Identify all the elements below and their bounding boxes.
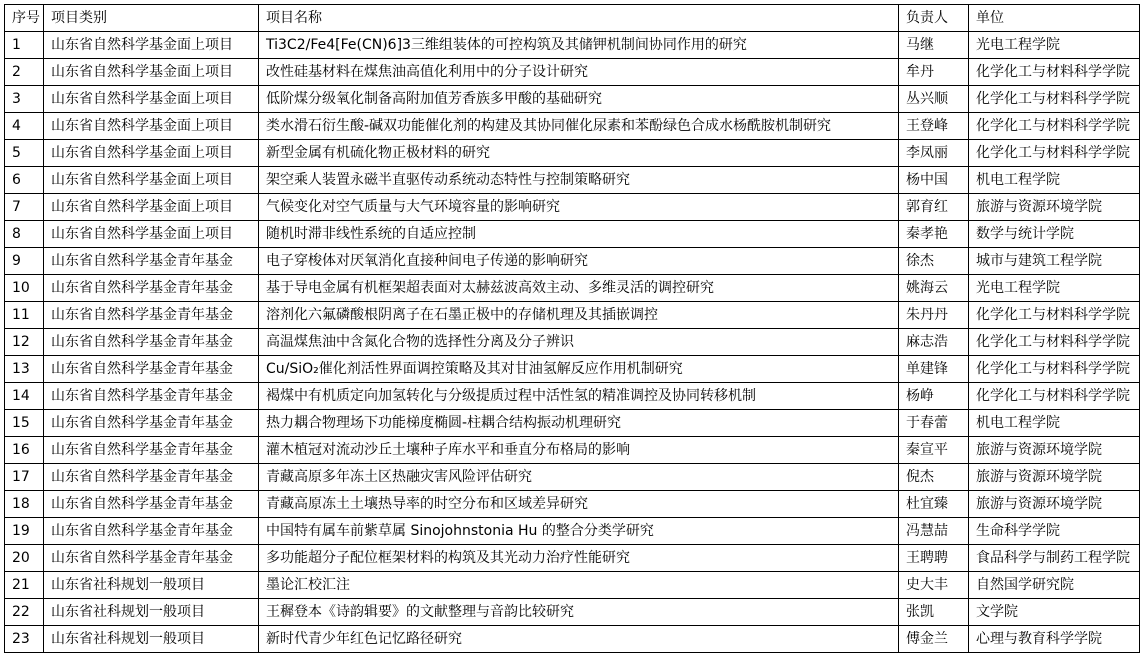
cell-unit: 化学化工与材料科学学院 bbox=[969, 113, 1140, 140]
table-row: 14山东省自然科学基金青年基金褐煤中有机质定向加氢转化与分级提质过程中活性氢的精… bbox=[5, 383, 1140, 410]
cell-leader: 倪杰 bbox=[899, 464, 969, 491]
cell-unit: 化学化工与材料科学学院 bbox=[969, 356, 1140, 383]
cell-index: 7 bbox=[5, 194, 44, 221]
cell-leader: 郭育红 bbox=[899, 194, 969, 221]
cell-unit: 化学化工与材料科学学院 bbox=[969, 86, 1140, 113]
cell-title: 青藏高原多年冻土区热融灾害风险评估研究 bbox=[259, 464, 899, 491]
table-row: 16山东省自然科学基金青年基金灌木植冠对流动沙丘土壤种子库水平和垂直分布格局的影… bbox=[5, 437, 1140, 464]
cell-leader: 秦宣平 bbox=[899, 437, 969, 464]
cell-leader: 于春蕾 bbox=[899, 410, 969, 437]
cell-unit: 自然国学研究院 bbox=[969, 572, 1140, 599]
cell-category: 山东省自然科学基金面上项目 bbox=[44, 140, 259, 167]
column-header-leader: 负责人 bbox=[899, 5, 969, 32]
cell-index: 5 bbox=[5, 140, 44, 167]
cell-unit: 城市与建筑工程学院 bbox=[969, 248, 1140, 275]
cell-index: 9 bbox=[5, 248, 44, 275]
cell-category: 山东省自然科学基金青年基金 bbox=[44, 410, 259, 437]
cell-leader: 杜宜臻 bbox=[899, 491, 969, 518]
cell-title: 高温煤焦油中含氮化合物的选择性分离及分子辨识 bbox=[259, 329, 899, 356]
cell-category: 山东省自然科学基金面上项目 bbox=[44, 194, 259, 221]
table-row: 6山东省自然科学基金面上项目架空乘人装置永磁半直驱传动系统动态特性与控制策略研究… bbox=[5, 167, 1140, 194]
column-header-category: 项目类别 bbox=[44, 5, 259, 32]
cell-index: 22 bbox=[5, 599, 44, 626]
header-row: 序号项目类别项目名称负责人单位 bbox=[5, 5, 1140, 32]
cell-unit: 化学化工与材料科学学院 bbox=[969, 302, 1140, 329]
table-row: 7山东省自然科学基金面上项目气候变化对空气质量与大气环境容量的影响研究郭育红旅游… bbox=[5, 194, 1140, 221]
cell-unit: 旅游与资源环境学院 bbox=[969, 464, 1140, 491]
cell-unit: 旅游与资源环境学院 bbox=[969, 194, 1140, 221]
cell-category: 山东省自然科学基金青年基金 bbox=[44, 329, 259, 356]
cell-leader: 丛兴顺 bbox=[899, 86, 969, 113]
table-row: 9山东省自然科学基金青年基金电子穿梭体对厌氧消化直接种间电子传递的影响研究徐杰城… bbox=[5, 248, 1140, 275]
cell-index: 21 bbox=[5, 572, 44, 599]
cell-title: 热力耦合物理场下功能梯度椭圆-柱耦合结构振动机理研究 bbox=[259, 410, 899, 437]
cell-index: 10 bbox=[5, 275, 44, 302]
cell-title: 溶剂化六氟磷酸根阴离子在石墨正极中的存储机理及其插嵌调控 bbox=[259, 302, 899, 329]
table-row: 5山东省自然科学基金面上项目新型金属有机硫化物正极材料的研究李凤丽化学化工与材料… bbox=[5, 140, 1140, 167]
cell-index: 18 bbox=[5, 491, 44, 518]
cell-title: 青藏高原冻土土壤热导率的时空分布和区域差异研究 bbox=[259, 491, 899, 518]
cell-category: 山东省自然科学基金青年基金 bbox=[44, 464, 259, 491]
cell-category: 山东省自然科学基金面上项目 bbox=[44, 59, 259, 86]
table-row: 23山东省社科规划一般项目新时代青少年红色记忆路径研究傅金兰心理与教育科学学院 bbox=[5, 626, 1140, 653]
cell-category: 山东省自然科学基金青年基金 bbox=[44, 545, 259, 572]
cell-leader: 冯慧喆 bbox=[899, 518, 969, 545]
cell-category: 山东省自然科学基金青年基金 bbox=[44, 491, 259, 518]
cell-unit: 机电工程学院 bbox=[969, 410, 1140, 437]
cell-title: 改性硅基材料在煤焦油高值化利用中的分子设计研究 bbox=[259, 59, 899, 86]
cell-category: 山东省自然科学基金青年基金 bbox=[44, 518, 259, 545]
cell-index: 12 bbox=[5, 329, 44, 356]
cell-title: 新时代青少年红色记忆路径研究 bbox=[259, 626, 899, 653]
cell-category: 山东省自然科学基金青年基金 bbox=[44, 356, 259, 383]
cell-category: 山东省自然科学基金面上项目 bbox=[44, 113, 259, 140]
cell-leader: 牟丹 bbox=[899, 59, 969, 86]
cell-title: 多功能超分子配位框架材料的构筑及其光动力治疗性能研究 bbox=[259, 545, 899, 572]
cell-category: 山东省自然科学基金面上项目 bbox=[44, 167, 259, 194]
cell-leader: 王登峰 bbox=[899, 113, 969, 140]
cell-category: 山东省社科规划一般项目 bbox=[44, 599, 259, 626]
cell-title: 低阶煤分级氧化制备高附加值芳香族多甲酸的基础研究 bbox=[259, 86, 899, 113]
cell-unit: 机电工程学院 bbox=[969, 167, 1140, 194]
cell-leader: 杨峥 bbox=[899, 383, 969, 410]
cell-category: 山东省社科规划一般项目 bbox=[44, 572, 259, 599]
cell-title: 新型金属有机硫化物正极材料的研究 bbox=[259, 140, 899, 167]
table-row: 17山东省自然科学基金青年基金青藏高原多年冻土区热融灾害风险评估研究倪杰旅游与资… bbox=[5, 464, 1140, 491]
table-row: 12山东省自然科学基金青年基金高温煤焦油中含氮化合物的选择性分离及分子辨识麻志浩… bbox=[5, 329, 1140, 356]
cell-unit: 心理与教育科学学院 bbox=[969, 626, 1140, 653]
cell-index: 3 bbox=[5, 86, 44, 113]
table-row: 15山东省自然科学基金青年基金热力耦合物理场下功能梯度椭圆-柱耦合结构振动机理研… bbox=[5, 410, 1140, 437]
table-row: 8山东省自然科学基金面上项目随机时滞非线性系统的自适应控制秦孝艳数学与统计学院 bbox=[5, 221, 1140, 248]
cell-index: 11 bbox=[5, 302, 44, 329]
cell-unit: 化学化工与材料科学学院 bbox=[969, 383, 1140, 410]
cell-title: 褐煤中有机质定向加氢转化与分级提质过程中活性氢的精准调控及协同转移机制 bbox=[259, 383, 899, 410]
cell-leader: 傅金兰 bbox=[899, 626, 969, 653]
cell-title: 墨论汇校汇注 bbox=[259, 572, 899, 599]
cell-title: 灌木植冠对流动沙丘土壤种子库水平和垂直分布格局的影响 bbox=[259, 437, 899, 464]
cell-title: 随机时滞非线性系统的自适应控制 bbox=[259, 221, 899, 248]
cell-unit: 光电工程学院 bbox=[969, 275, 1140, 302]
cell-title: Ti3C2/Fe4[Fe(CN)6]3三维组装体的可控构筑及其储钾机制间协同作用… bbox=[259, 32, 899, 59]
cell-title: 架空乘人装置永磁半直驱传动系统动态特性与控制策略研究 bbox=[259, 167, 899, 194]
cell-category: 山东省社科规划一般项目 bbox=[44, 626, 259, 653]
table-row: 2山东省自然科学基金面上项目改性硅基材料在煤焦油高值化利用中的分子设计研究牟丹化… bbox=[5, 59, 1140, 86]
cell-leader: 姚海云 bbox=[899, 275, 969, 302]
cell-index: 23 bbox=[5, 626, 44, 653]
cell-unit: 化学化工与材料科学学院 bbox=[969, 140, 1140, 167]
table-row: 1山东省自然科学基金面上项目Ti3C2/Fe4[Fe(CN)6]3三维组装体的可… bbox=[5, 32, 1140, 59]
cell-category: 山东省自然科学基金青年基金 bbox=[44, 275, 259, 302]
cell-index: 6 bbox=[5, 167, 44, 194]
cell-leader: 徐杰 bbox=[899, 248, 969, 275]
cell-unit: 化学化工与材料科学学院 bbox=[969, 59, 1140, 86]
cell-title: 基于导电金属有机框架超表面对太赫兹波高效主动、多维灵活的调控研究 bbox=[259, 275, 899, 302]
cell-category: 山东省自然科学基金青年基金 bbox=[44, 437, 259, 464]
cell-index: 14 bbox=[5, 383, 44, 410]
column-header-unit: 单位 bbox=[969, 5, 1140, 32]
cell-category: 山东省自然科学基金青年基金 bbox=[44, 302, 259, 329]
table-row: 3山东省自然科学基金面上项目低阶煤分级氧化制备高附加值芳香族多甲酸的基础研究丛兴… bbox=[5, 86, 1140, 113]
cell-index: 15 bbox=[5, 410, 44, 437]
table-body: 1山东省自然科学基金面上项目Ti3C2/Fe4[Fe(CN)6]3三维组装体的可… bbox=[5, 32, 1140, 653]
cell-category: 山东省自然科学基金青年基金 bbox=[44, 383, 259, 410]
cell-leader: 杨中国 bbox=[899, 167, 969, 194]
table-row: 4山东省自然科学基金面上项目类水滑石衍生酸-碱双功能催化剂的构建及其协同催化尿素… bbox=[5, 113, 1140, 140]
cell-unit: 生命科学学院 bbox=[969, 518, 1140, 545]
cell-leader: 马继 bbox=[899, 32, 969, 59]
cell-unit: 数学与统计学院 bbox=[969, 221, 1140, 248]
cell-index: 1 bbox=[5, 32, 44, 59]
table-row: 13山东省自然科学基金青年基金Cu/SiO₂催化剂活性界面调控策略及其对甘油氢解… bbox=[5, 356, 1140, 383]
table-row: 19山东省自然科学基金青年基金中国特有属车前紫草属 Sinojohnstonia… bbox=[5, 518, 1140, 545]
column-header-title: 项目名称 bbox=[259, 5, 899, 32]
cell-title: 王穉登本《诗韵辑要》的文献整理与音韵比较研究 bbox=[259, 599, 899, 626]
cell-unit: 食品科学与制药工程学院 bbox=[969, 545, 1140, 572]
cell-title: 气候变化对空气质量与大气环境容量的影响研究 bbox=[259, 194, 899, 221]
cell-leader: 秦孝艳 bbox=[899, 221, 969, 248]
cell-title: 电子穿梭体对厌氧消化直接种间电子传递的影响研究 bbox=[259, 248, 899, 275]
cell-title: Cu/SiO₂催化剂活性界面调控策略及其对甘油氢解反应作用机制研究 bbox=[259, 356, 899, 383]
table-row: 20山东省自然科学基金青年基金多功能超分子配位框架材料的构筑及其光动力治疗性能研… bbox=[5, 545, 1140, 572]
column-header-index: 序号 bbox=[5, 5, 44, 32]
cell-unit: 旅游与资源环境学院 bbox=[969, 437, 1140, 464]
cell-index: 19 bbox=[5, 518, 44, 545]
cell-category: 山东省自然科学基金青年基金 bbox=[44, 248, 259, 275]
cell-index: 17 bbox=[5, 464, 44, 491]
cell-leader: 麻志浩 bbox=[899, 329, 969, 356]
cell-leader: 史大丰 bbox=[899, 572, 969, 599]
cell-index: 2 bbox=[5, 59, 44, 86]
cell-unit: 化学化工与材料科学学院 bbox=[969, 329, 1140, 356]
cell-index: 13 bbox=[5, 356, 44, 383]
cell-unit: 文学院 bbox=[969, 599, 1140, 626]
cell-leader: 单建锋 bbox=[899, 356, 969, 383]
cell-index: 8 bbox=[5, 221, 44, 248]
cell-leader: 张凯 bbox=[899, 599, 969, 626]
table-row: 18山东省自然科学基金青年基金青藏高原冻土土壤热导率的时空分布和区域差异研究杜宜… bbox=[5, 491, 1140, 518]
cell-unit: 光电工程学院 bbox=[969, 32, 1140, 59]
table-row: 11山东省自然科学基金青年基金溶剂化六氟磷酸根阴离子在石墨正极中的存储机理及其插… bbox=[5, 302, 1140, 329]
cell-index: 16 bbox=[5, 437, 44, 464]
cell-unit: 旅游与资源环境学院 bbox=[969, 491, 1140, 518]
cell-category: 山东省自然科学基金面上项目 bbox=[44, 86, 259, 113]
cell-leader: 王聘聘 bbox=[899, 545, 969, 572]
cell-category: 山东省自然科学基金面上项目 bbox=[44, 221, 259, 248]
cell-leader: 李凤丽 bbox=[899, 140, 969, 167]
cell-title: 类水滑石衍生酸-碱双功能催化剂的构建及其协同催化尿素和苯酚绿色合成水杨酰胺机制研… bbox=[259, 113, 899, 140]
cell-index: 20 bbox=[5, 545, 44, 572]
projects-table: 序号项目类别项目名称负责人单位 1山东省自然科学基金面上项目Ti3C2/Fe4[… bbox=[4, 4, 1140, 653]
table-row: 10山东省自然科学基金青年基金基于导电金属有机框架超表面对太赫兹波高效主动、多维… bbox=[5, 275, 1140, 302]
table-row: 21山东省社科规划一般项目墨论汇校汇注史大丰自然国学研究院 bbox=[5, 572, 1140, 599]
cell-leader: 朱丹丹 bbox=[899, 302, 969, 329]
table-row: 22山东省社科规划一般项目王穉登本《诗韵辑要》的文献整理与音韵比较研究张凯文学院 bbox=[5, 599, 1140, 626]
cell-category: 山东省自然科学基金面上项目 bbox=[44, 32, 259, 59]
cell-title: 中国特有属车前紫草属 Sinojohnstonia Hu 的整合分类学研究 bbox=[259, 518, 899, 545]
cell-index: 4 bbox=[5, 113, 44, 140]
